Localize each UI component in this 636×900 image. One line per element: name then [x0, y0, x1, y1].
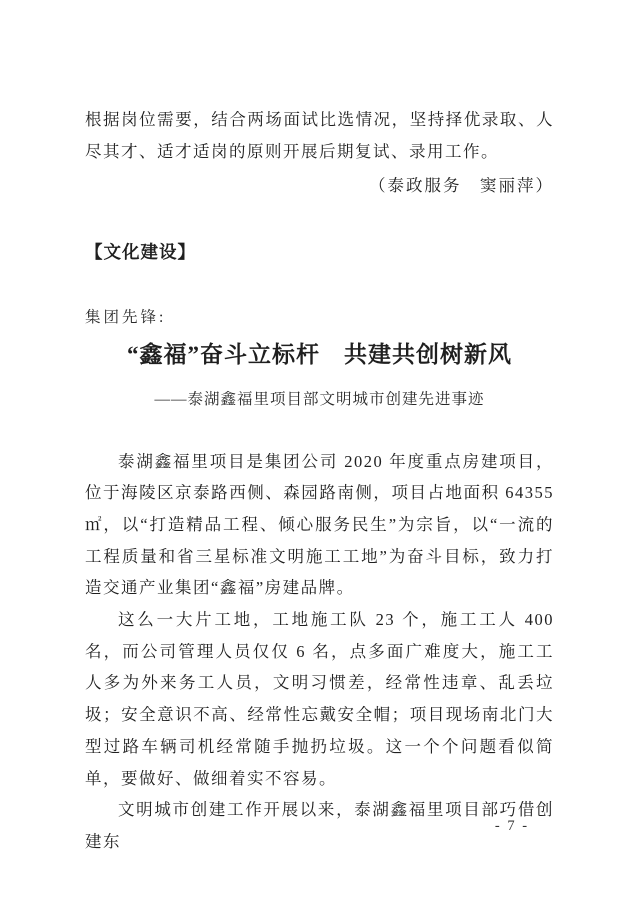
article-title: “鑫福”奋斗立标杆 共建共创树新风: [85, 338, 554, 372]
article-body: 泰湖鑫福里项目是集团公司 2020 年度重点房建项目，位于海陵区京泰路西侧、森园…: [85, 446, 554, 858]
article-paragraph: 泰湖鑫福里项目是集团公司 2020 年度重点房建项目，位于海陵区京泰路西侧、森园…: [85, 446, 554, 605]
article-subtitle: ——泰湖鑫福里项目部文明城市创建先进事迹: [85, 388, 554, 412]
page-content: 根据岗位需要，结合两场面试比选情况，坚持择优录取、人尽其才、适才适岗的原则开展后…: [85, 0, 554, 858]
signature-attribution: （泰政服务 窦丽萍）: [85, 170, 554, 202]
article-kicker: 集团先锋:: [85, 306, 554, 330]
document-page: 根据岗位需要，结合两场面试比选情况，坚持择优录取、人尽其才、适才适岗的原则开展后…: [0, 0, 636, 900]
section-header-culture: 【文化建设】: [85, 240, 554, 264]
intro-paragraph: 根据岗位需要，结合两场面试比选情况，坚持择优录取、人尽其才、适才适岗的原则开展后…: [85, 0, 554, 167]
article-paragraph: 这么一大片工地，工地施工队 23 个，施工工人 400 名，而公司管理人员仅仅 …: [85, 604, 554, 794]
page-number: - 7 -: [462, 818, 562, 835]
